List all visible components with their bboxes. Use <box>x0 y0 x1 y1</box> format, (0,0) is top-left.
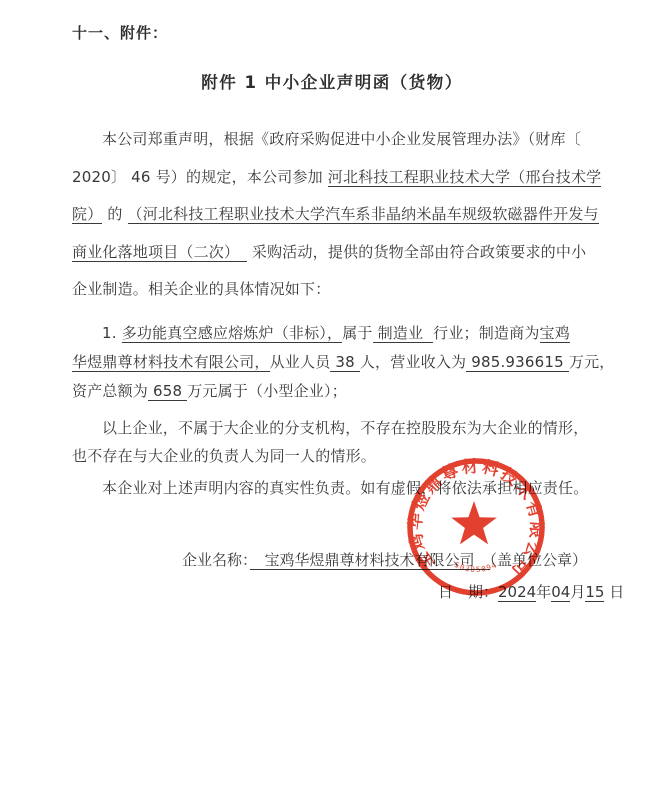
document-line: 资产总额为 658 万元属于（小型企业）； <box>72 377 592 406</box>
para-declaration: 本公司郑重声明，根据《政府采购促进中小企业发展管理办法》（财库〔2020〕 46… <box>72 121 592 309</box>
text-run: 以上企业，不属于大企业的分支机构，不存在控股股东为大企业的情形， <box>102 419 588 437</box>
date-day-unit: 日 <box>604 583 624 601</box>
text-run: 本企业对上述声明内容的真实性负责。如有虚假，将依法承担相应责任。 <box>102 479 588 497</box>
text-run: 的 <box>102 205 127 223</box>
text-run: 本公司郑重声明，根据《政府采购促进中小企业发展管理办法》（财库〔 <box>102 130 581 148</box>
text-run: 2020〕 46 号）的规定，本公司参加 <box>72 168 328 186</box>
signature-block: 企业名称： 宝鸡华煜鼎尊材料技术有限公司 （盖单位公章） 日 期：2024年04… <box>72 546 592 606</box>
filled-blank: 宝鸡 <box>540 324 570 343</box>
filled-blank: 河北科技工程职业技术大学（邢台技术学 <box>328 168 602 187</box>
filled-blank: 38 <box>330 353 359 372</box>
document-line: 企业制造。相关企业的具体情况如下： <box>72 271 592 309</box>
text-run: 行业；制造商为 <box>433 324 539 342</box>
filled-blank: 院） <box>72 205 102 224</box>
document-page: 十一、附件： 附件 1 中小企业声明函（货物） 本公司郑重声明，根据《政府采购促… <box>0 0 662 788</box>
filled-blank: 制造业 <box>373 324 434 343</box>
document-line: 2020〕 46 号）的规定，本公司参加 河北科技工程职业技术大学（邢台技术学 <box>72 159 592 197</box>
date-year-value: 2024 <box>498 583 536 602</box>
document-line: 本公司郑重声明，根据《政府采购促进中小企业发展管理办法》（财库〔 <box>72 121 592 159</box>
document-line: 华煜鼎尊材料技术有限公司，从业人员 38 人，营业收入为 985.936615 … <box>72 348 592 377</box>
date-month-unit: 月 <box>570 583 585 601</box>
filled-blank: 商业化落地项目（二次） <box>72 243 247 262</box>
text-run: 属于 <box>342 324 372 342</box>
date-year-unit: 年 <box>536 583 551 601</box>
date-day-value: 15 <box>585 583 604 602</box>
page-title: 附件 1 中小企业声明函（货物） <box>72 69 592 93</box>
text-run: 企业制造。相关企业的具体情况如下： <box>72 280 330 298</box>
para-item-1: 1. 多功能真空感应熔炼炉（非标），属于 制造业 行业；制造商为宝鸡华煜鼎尊材料… <box>72 319 592 406</box>
document-line: 本企业对上述声明内容的真实性负责。如有虚假，将依法承担相应责任。 <box>72 474 592 502</box>
document-line: 商业化落地项目（二次） 采购活动，提供的货物全部由符合政策要求的中小 <box>72 234 592 272</box>
text-run: 人，营业收入为 <box>360 353 466 371</box>
para-responsibility: 本企业对上述声明内容的真实性负责。如有虚假，将依法承担相应责任。 <box>72 474 592 502</box>
text-run: 万元属于（小型企业）； <box>187 382 347 400</box>
text-run: 1. <box>102 324 122 342</box>
text-run: 资产总额为 <box>72 382 148 400</box>
document-line: 院） 的 （河北科技工程职业技术大学汽车系非晶纳米晶车规级软磁器件开发与 <box>72 196 592 234</box>
filled-blank: 华煜鼎尊材料技术有限公司， <box>72 353 270 372</box>
document-body: 本公司郑重声明，根据《政府采购促进中小企业发展管理办法》（财库〔2020〕 46… <box>72 121 592 502</box>
date-label: 日 期： <box>438 583 498 601</box>
text-run: 也不存在与大企业的负责人为同一人的情形。 <box>72 447 376 465</box>
text-run: 万元， <box>569 353 615 371</box>
filled-blank: （河北科技工程职业技术大学汽车系非晶纳米晶车规级软磁器件开发与 <box>128 205 599 224</box>
company-name-line: 企业名称： 宝鸡华煜鼎尊材料技术有限公司 （盖单位公章） <box>182 546 592 574</box>
filled-blank: 658 <box>148 382 187 401</box>
section-heading: 十一、附件： <box>72 22 592 43</box>
company-seal-note: （盖单位公章） <box>490 551 588 569</box>
para-no-affiliation: 以上企业，不属于大企业的分支机构，不存在控股股东为大企业的情形，也不存在与大企业… <box>72 414 592 470</box>
document-line: 以上企业，不属于大企业的分支机构，不存在控股股东为大企业的情形， <box>72 414 592 442</box>
filled-blank: 多功能真空感应熔炼炉（非标）， <box>122 324 343 343</box>
document-line: 1. 多功能真空感应熔炼炉（非标），属于 制造业 行业；制造商为宝鸡 <box>72 319 592 348</box>
company-name-value: 宝鸡华煜鼎尊材料技术有限公司 <box>250 551 490 570</box>
company-name-label: 企业名称： <box>182 551 250 569</box>
document-line: 也不存在与大企业的负责人为同一人的情形。 <box>72 442 592 470</box>
filled-blank: 985.936615 <box>466 353 569 372</box>
date-month-value: 04 <box>551 583 570 602</box>
text-run: 从业人员 <box>270 353 331 371</box>
text-run: 采购活动，提供的货物全部由符合政策要求的中小 <box>247 243 586 261</box>
date-line: 日 期：2024年04月15 日 <box>438 578 592 606</box>
